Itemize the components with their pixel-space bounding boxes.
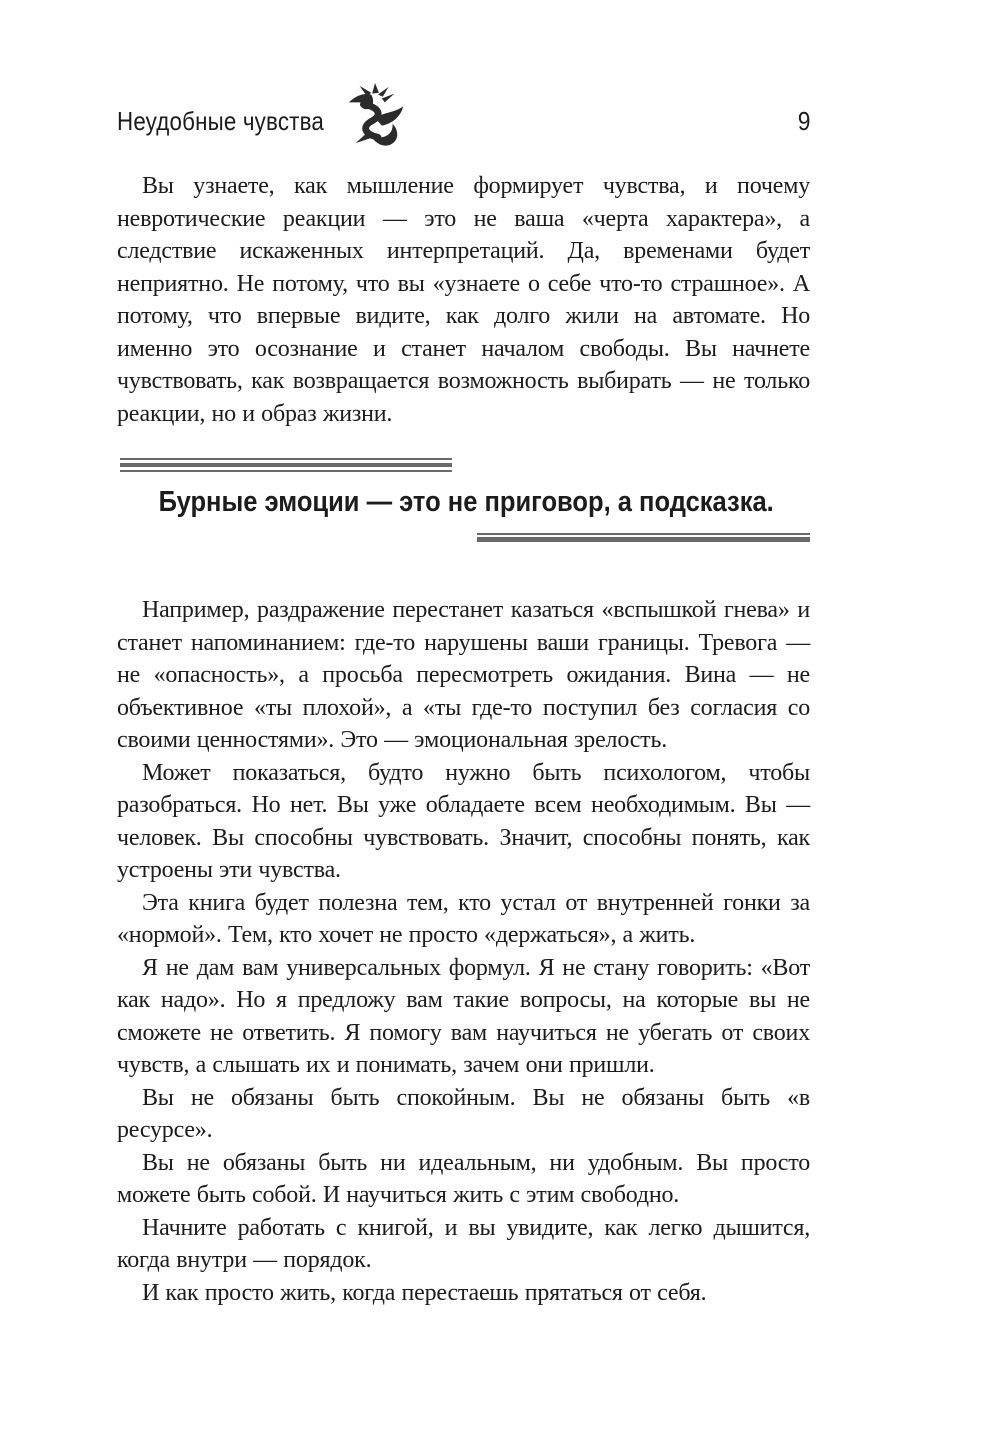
paragraph: Может показаться, будто нужно быть психо… xyxy=(117,757,810,887)
paragraph: И как просто жить, когда перестаешь прят… xyxy=(117,1277,810,1310)
page-number: 9 xyxy=(797,106,810,136)
paragraph: Начните работать с книгой, и вы увидите,… xyxy=(117,1212,810,1277)
divider-line xyxy=(477,533,810,535)
section-paragraphs: Например, раздражение перестанет казатьс… xyxy=(117,594,810,1309)
intro-paragraphs: Вы узнаете, как мышление формирует чувст… xyxy=(117,170,810,430)
section-heading: Бурные эмоции — это не приговор, а подск… xyxy=(159,485,769,519)
paragraph: Эта книга будет полезна тем, кто устал о… xyxy=(117,887,810,952)
book-page: Неудобные чувства 9 Вы узнаете, как мышл… xyxy=(0,0,986,1447)
running-title: Неудобные чувства xyxy=(117,106,324,136)
dragon-ornament-icon xyxy=(345,83,407,147)
divider-line xyxy=(120,458,452,460)
paragraph: Я не дам вам универсальных формул. Я не … xyxy=(117,952,810,1082)
section-divider-top xyxy=(120,458,452,472)
divider-line xyxy=(120,463,452,467)
divider-line xyxy=(477,537,810,542)
section-divider-bottom xyxy=(477,533,810,542)
paragraph: Вы узнаете, как мышление формирует чувст… xyxy=(117,170,810,430)
text-column: Неудобные чувства 9 Вы узнаете, как мышл… xyxy=(117,0,810,1447)
paragraph: Например, раздражение перестанет казатьс… xyxy=(117,594,810,757)
divider-line xyxy=(120,470,452,472)
paragraph: Вы не обязаны быть ни идеальным, ни удоб… xyxy=(117,1147,810,1212)
paragraph: Вы не обязаны быть спокойным. Вы не обяз… xyxy=(117,1082,810,1147)
